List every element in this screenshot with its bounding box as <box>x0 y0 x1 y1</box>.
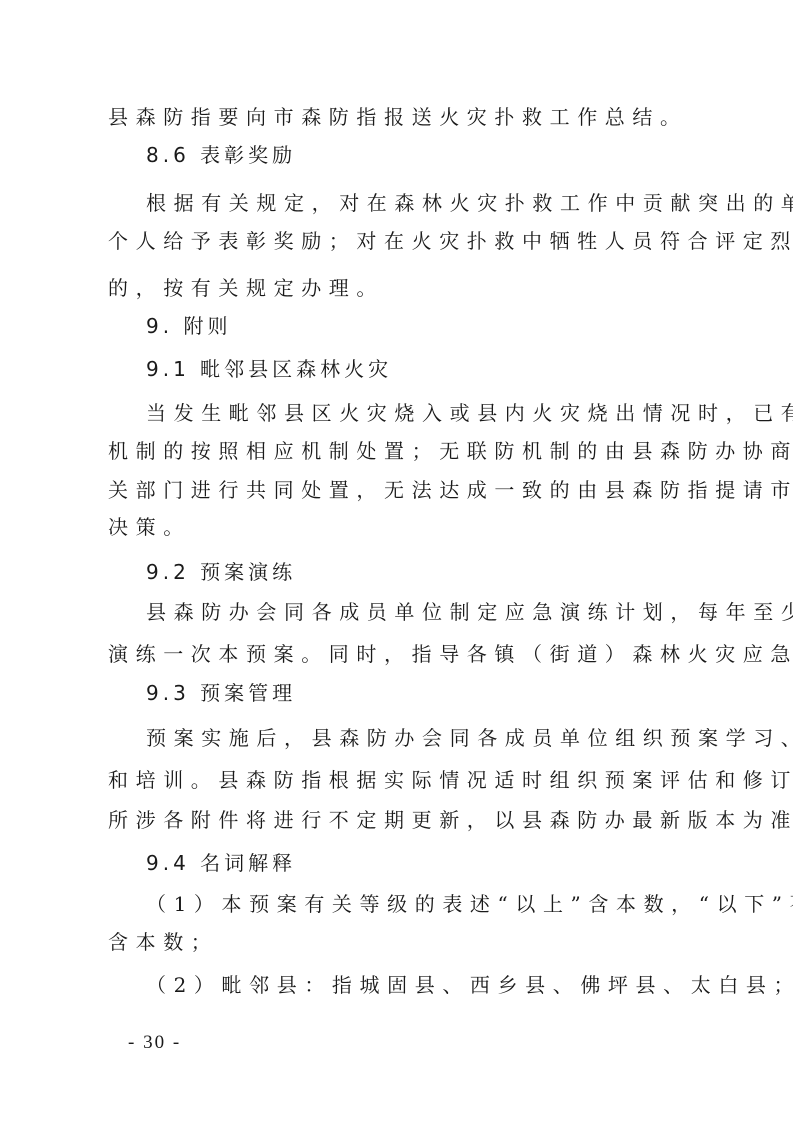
paragraph-line: （1）本预案有关等级的表述“以上”含本数，“以下”不 <box>146 892 793 916</box>
section-heading: 9.3 预案管理 <box>146 681 296 705</box>
section-heading: 9. 附则 <box>146 314 231 338</box>
paragraph-line: 机制的按照相应机制处置；无联防机制的由县森防办协商对接相 <box>108 439 793 463</box>
section-heading: 9.1 毗邻县区森林火灾 <box>146 357 392 381</box>
paragraph-line: 决策。 <box>108 515 191 539</box>
paragraph-line: 和培训。县森防指根据实际情况适时组织预案评估和修订。预案 <box>108 768 793 792</box>
paragraph-line: 演练一次本预案。同时，指导各镇（街道）森林火灾应急演练工作。 <box>108 642 793 666</box>
paragraph-line: 当发生毗邻县区火灾烧入或县内火灾烧出情况时，已有联防 <box>146 401 793 425</box>
paragraph-line: 县森防办会同各成员单位制定应急演练计划，每年至少组织 <box>146 600 793 624</box>
section-heading: 9.4 名词解释 <box>146 851 296 875</box>
page-number: - 30 - <box>128 1032 181 1054</box>
paragraph-line: 个人给予表彰奖励；对在火灾扑救中牺牲人员符合评定烈士条件 <box>108 229 793 253</box>
section-heading: 8.6 表彰奖励 <box>146 143 296 167</box>
paragraph-line: 所涉各附件将进行不定期更新，以县森防办最新版本为准。 <box>108 808 793 832</box>
paragraph-line: 县森防指要向市森防指报送火灾扑救工作总结。 <box>108 105 688 129</box>
paragraph-line: 含本数； <box>108 930 218 954</box>
paragraph-line: （2）毗邻县：指城固县、西乡县、佛坪县、太白县； <box>146 973 793 997</box>
section-heading: 9.2 预案演练 <box>146 560 296 584</box>
paragraph-line: 根据有关规定，对在森林火灾扑救工作中贡献突出的单位和 <box>146 191 793 215</box>
paragraph-line: 的，按有关规定办理。 <box>108 276 384 300</box>
paragraph-line: 关部门进行共同处置，无法达成一致的由县森防指提请市森防指 <box>108 478 793 502</box>
paragraph-line: 预案实施后，县森防办会同各成员单位组织预案学习、宣传 <box>146 726 793 750</box>
